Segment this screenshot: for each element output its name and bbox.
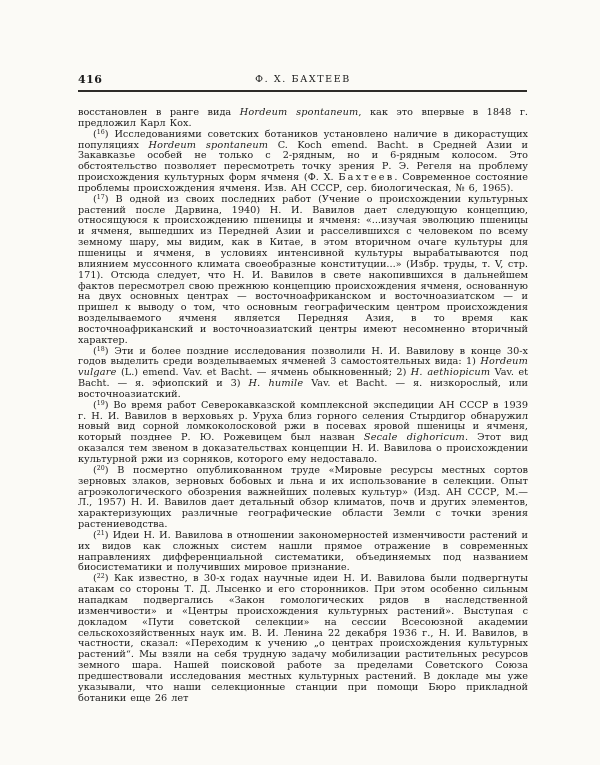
paragraph: (22) Как известно, в 30-х годах научные … [78, 574, 528, 704]
footnote-marker: 18 [97, 346, 105, 353]
text-run: ) Эти и более поздние исследования позво… [78, 346, 528, 368]
paragraph: (16) Исследованиями советских ботаников … [78, 130, 528, 195]
footnote-marker: 17 [97, 194, 105, 201]
paragraph: восстановлен в ранге вида Hordeum sponta… [78, 108, 528, 130]
footnote-marker: 22 [97, 573, 105, 580]
paragraph: (21) Идеи Н. И. Вавилова в отношении зак… [78, 531, 528, 574]
letterspaced-name: Бахтеев [338, 172, 394, 183]
text-body: восстановлен в ранге вида Hordeum sponta… [78, 108, 528, 704]
latin-species-name: Secale dighoricum [364, 432, 465, 443]
text-run: (L.) emend. Vav. et Bacht. — ячмень обык… [117, 367, 411, 378]
footnote-marker: 16 [97, 129, 105, 136]
paragraph: (19) Во время работ Северокавказской ком… [78, 401, 528, 466]
footnote-marker: 19 [97, 400, 105, 407]
footnote-marker: 21 [97, 530, 105, 537]
book-page: 416 Ф. Х. БАХТЕЕВ восстановлен в ранге в… [0, 0, 600, 765]
paragraph: (20) В посмертно опубликованном труде «М… [78, 466, 528, 531]
latin-species-name: Hordeum spontaneum [240, 107, 359, 118]
latin-species-name: H. humile [248, 378, 303, 389]
running-head: Ф. Х. БАХТЕЕВ [78, 74, 528, 85]
page-header: 416 Ф. Х. БАХТЕЕВ [78, 73, 528, 87]
text-run: ) В одной из своих последних работ (Учен… [78, 194, 528, 346]
text-run: ) Как известно, в 30-х годах научные иде… [78, 573, 528, 703]
latin-species-name: Hordeum spontaneum [148, 140, 268, 151]
paragraph: (17) В одной из своих последних работ (У… [78, 195, 528, 347]
paragraph: (18) Эти и более поздние исследования по… [78, 347, 528, 401]
text-run: восстановлен в ранге вида [78, 107, 240, 118]
text-run: ) Идеи Н. И. Вавилова в отношении законо… [78, 530, 528, 574]
header-rule [78, 90, 527, 92]
footnote-marker: 20 [97, 465, 105, 472]
text-run: ) В посмертно опубликованном труде «Миро… [78, 465, 528, 530]
latin-species-name: H. aethiopicum [411, 367, 490, 378]
